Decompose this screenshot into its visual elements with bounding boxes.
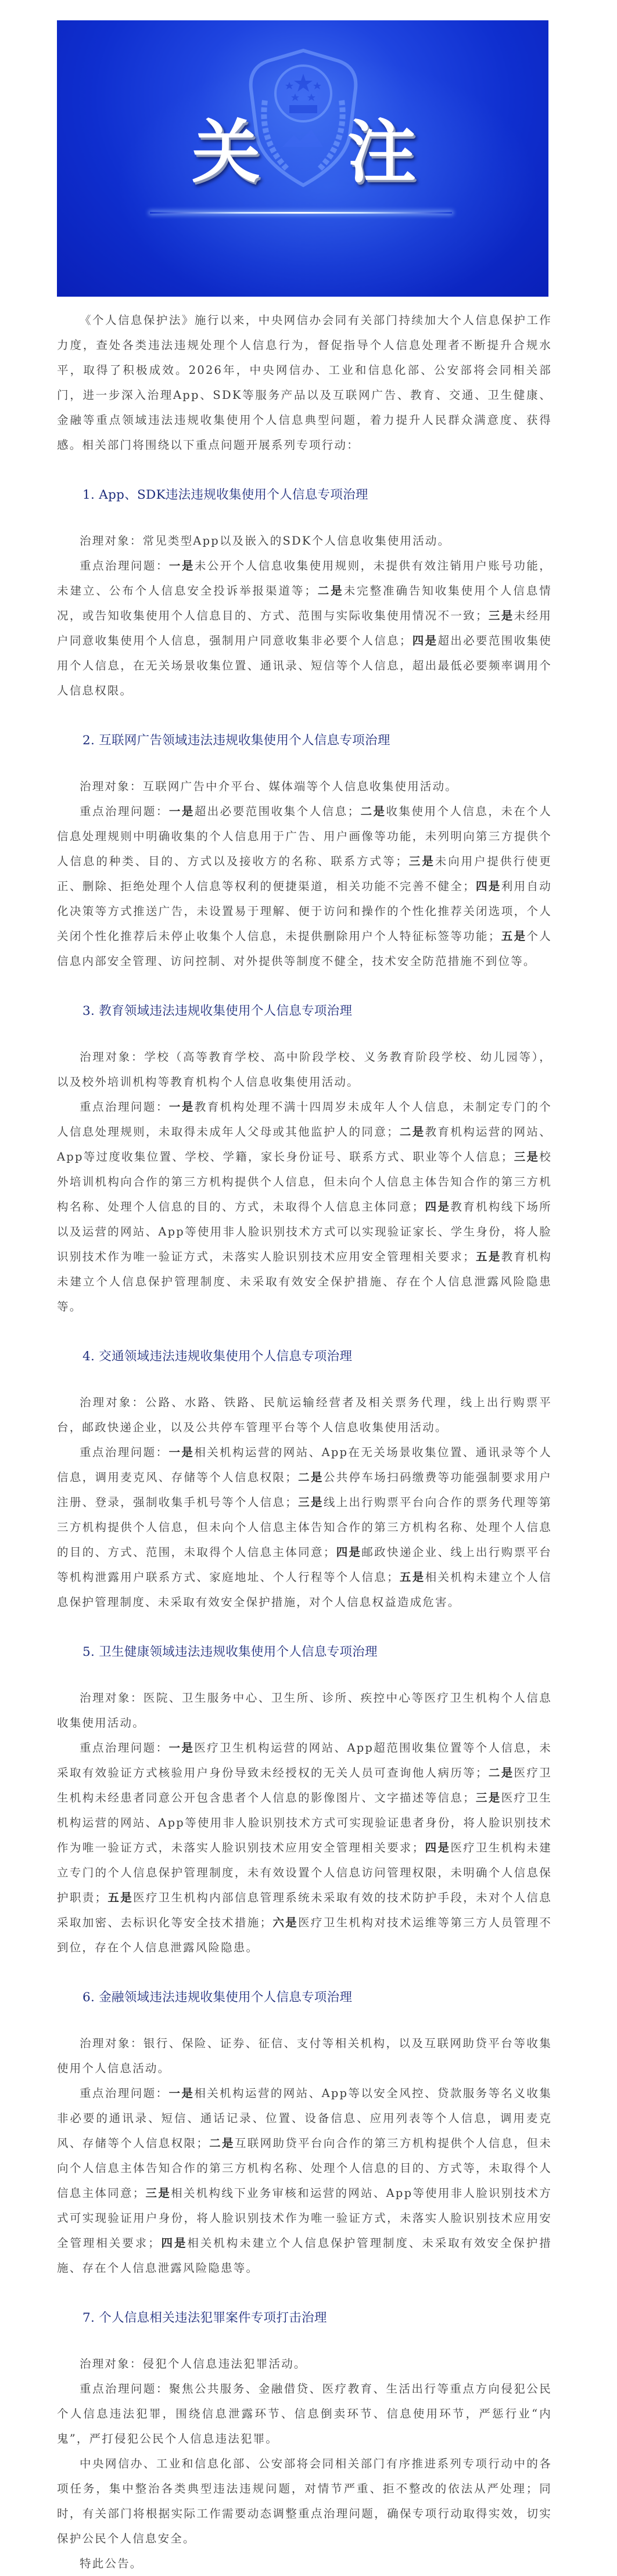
banner-light-line [150, 212, 452, 214]
issue-marker: 五是 [107, 1891, 133, 1904]
issue-marker: 一是 [169, 805, 195, 818]
signoff: 特此公告。 [57, 2551, 552, 2576]
banner-image: 关 注 [57, 20, 548, 297]
banner-title-char-1: 关 [192, 118, 260, 186]
issue-marker: 四是 [425, 1841, 450, 1854]
issue-marker: 二是 [317, 584, 344, 597]
issue-marker: 三是 [476, 1791, 501, 1804]
issue-marker: 四是 [336, 1545, 362, 1559]
issue-marker: 六是 [272, 1916, 298, 1929]
issues-label: 重点治理问题： [80, 1741, 168, 1754]
section-7: 7. 个人信息相关违法犯罪案件专项打击治理治理对象：侵犯个人信息违法犯罪活动。重… [57, 2310, 552, 2451]
section-issues: 重点治理问题：一是教育机构处理不满十四周岁未成年人个人信息，未制定专门的个人信息… [57, 1094, 552, 1319]
section-target: 治理对象：侵犯个人信息违法犯罪活动。 [57, 2351, 552, 2376]
sections-container: 1. App、SDK违法违规收集使用个人信息专项治理治理对象：常见类型App以及… [57, 487, 552, 2451]
section-target: 治理对象：公路、水路、铁路、民航运输经营者及相关票务代理，线上出行购票平台，邮政… [57, 1390, 552, 1440]
section-target: 治理对象：互联网广告中介平台、媒体端等个人信息收集使用活动。 [57, 774, 552, 799]
banner-title-char-2: 注 [347, 118, 416, 186]
section-target: 治理对象：医院、卫生服务中心、卫生所、诊所、疾控中心等医疗卫生机构个人信息收集使… [57, 1685, 552, 1735]
issue-marker: 二是 [298, 1471, 324, 1484]
issue-marker: 二是 [489, 1766, 514, 1779]
section-issues: 重点治理问题：一是医疗卫生机构运营的网站、App超范围收集位置等个人信息，未采取… [57, 1735, 552, 1960]
article-body: 《个人信息保护法》施行以来，中央网信办会同有关部门持续加大个人信息保护工作力度，… [57, 308, 552, 2576]
issue-marker: 三是 [408, 855, 435, 868]
issue-marker: 四是 [412, 634, 438, 647]
section-heading: 3. 教育领域违法违规收集使用个人信息专项治理 [82, 1003, 552, 1020]
section-3: 3. 教育领域违法违规收集使用个人信息专项治理治理对象：学校（高等教育学校、高中… [57, 1003, 552, 1319]
section-issues: 重点治理问题：一是相关机构运营的网站、App在无关场景收集位置、通讯录等个人信息… [57, 1440, 552, 1615]
closing-paragraph: 中央网信办、工业和信息化部、公安部将会同相关部门有序推进系列专项行动中的各项任务… [57, 2451, 552, 2551]
section-issues: 重点治理问题：一是超出必要范围收集个人信息；二是收集使用个人信息，未在个人信息处… [57, 799, 552, 974]
issues-label: 重点治理问题： [80, 2382, 169, 2395]
section-5: 5. 卫生健康领域违法违规收集使用个人信息专项治理治理对象：医院、卫生服务中心、… [57, 1644, 552, 1960]
issue-marker: 一是 [168, 1741, 194, 1754]
issue-marker: 二是 [400, 1125, 425, 1139]
issue-marker: 四是 [476, 880, 501, 893]
issues-label: 重点治理问题： [80, 2087, 168, 2100]
section-heading: 7. 个人信息相关违法犯罪案件专项打击治理 [82, 2310, 552, 2327]
issue-marker: 一是 [168, 2087, 194, 2100]
section-heading: 6. 金融领域违法违规收集使用个人信息专项治理 [82, 1989, 552, 2006]
issue-marker: 三是 [298, 1496, 324, 1509]
issue-marker: 一是 [169, 559, 195, 572]
section-issues: 重点治理问题：一是未公开个人信息收集使用规则，未提供有效注销用户账号功能，未建立… [57, 553, 552, 703]
issues-label: 重点治理问题： [80, 1100, 169, 1114]
intro-paragraph: 《个人信息保护法》施行以来，中央网信办会同有关部门持续加大个人信息保护工作力度，… [57, 308, 552, 457]
section-2: 2. 互联网广告领域违法违规收集使用个人信息专项治理治理对象：互联网广告中介平台… [57, 732, 552, 974]
section-target: 治理对象：常见类型App以及嵌入的SDK个人信息收集使用活动。 [57, 528, 552, 553]
issues-label: 重点治理问题： [80, 805, 169, 818]
issue-marker: 三是 [514, 1150, 540, 1163]
section-4: 4. 交通领域违法违规收集使用个人信息专项治理治理对象：公路、水路、铁路、民航运… [57, 1348, 552, 1615]
section-heading: 2. 互联网广告领域违法违规收集使用个人信息专项治理 [82, 732, 552, 750]
section-heading: 1. App、SDK违法违规收集使用个人信息专项治理 [82, 487, 552, 504]
issue-marker: 一是 [168, 1446, 194, 1459]
section-issues: 重点治理问题：一是相关机构运营的网站、App等以安全风控、贷款服务等名义收集非必… [57, 2081, 552, 2280]
issue-text: 超出必要范围收集个人信息； [195, 805, 360, 818]
issues-label: 重点治理问题： [80, 559, 169, 572]
issue-marker: 三是 [489, 609, 514, 622]
section-issues: 重点治理问题：聚焦公共服务、金融借贷、医疗教育、生活出行等重点方向侵犯公民个人信… [57, 2376, 552, 2451]
issue-marker: 四是 [425, 1200, 450, 1213]
issue-marker: 一是 [169, 1100, 195, 1114]
issue-marker: 四是 [161, 2236, 188, 2250]
section-heading: 4. 交通领域违法违规收集使用个人信息专项治理 [82, 1348, 552, 1366]
section-target: 治理对象：学校（高等教育学校、高中阶段学校、义务教育阶段学校、幼儿园等），以及校… [57, 1044, 552, 1094]
issue-marker: 三是 [145, 2186, 171, 2200]
issue-marker: 五是 [400, 1570, 425, 1584]
section-heading: 5. 卫生健康领域违法违规收集使用个人信息专项治理 [82, 1644, 552, 1661]
issue-marker: 二是 [360, 805, 386, 818]
section-6: 6. 金融领域违法违规收集使用个人信息专项治理治理对象：银行、保险、证券、征信、… [57, 1989, 552, 2280]
issue-marker: 二是 [209, 2137, 235, 2150]
issue-marker: 五是 [501, 929, 527, 943]
issue-marker: 五是 [476, 1250, 501, 1263]
section-1: 1. App、SDK违法违规收集使用个人信息专项治理治理对象：常见类型App以及… [57, 487, 552, 703]
issues-label: 重点治理问题： [80, 1446, 168, 1459]
section-target: 治理对象：银行、保险、证券、征信、支付等相关机构，以及互联网助贷平台等收集使用个… [57, 2031, 552, 2081]
article-page: 关 注 [57, 20, 552, 297]
